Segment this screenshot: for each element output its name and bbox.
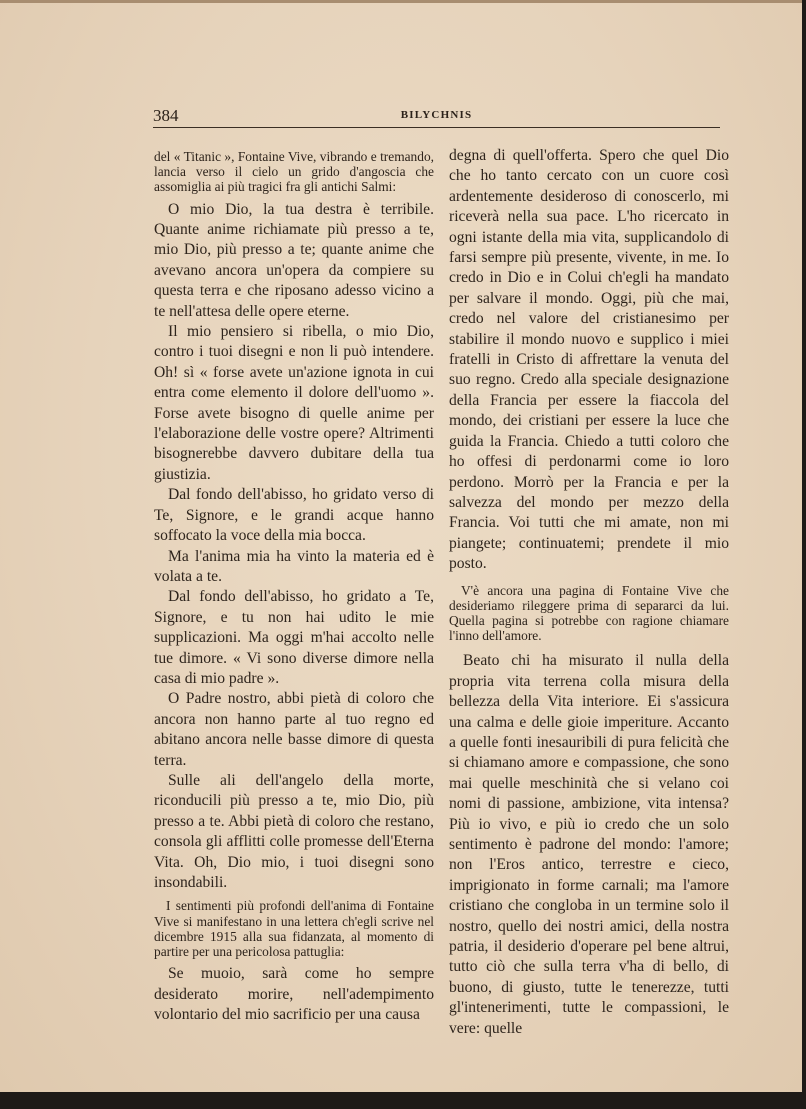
prayer-paragraph: Sulle ali dell'angelo della morte, ricon…	[154, 771, 434, 893]
prayer-paragraph: O mio Dio, la tua destra è terribile. Qu…	[154, 200, 434, 322]
editorial-note: V'è ancora una pagina di Fontaine Vive c…	[449, 583, 729, 644]
letter-text: Se muoio, sarà come ho sempre desiderato…	[154, 964, 434, 1025]
prayer-paragraph: Ma l'anima mia ha vinto la materia ed è …	[154, 547, 434, 588]
book-page: 384 BILYCHNIS del « Titanic », Fontaine …	[0, 0, 802, 1092]
prayer-paragraph: O Padre nostro, abbi pietà di coloro che…	[154, 689, 434, 771]
running-title: BILYCHNIS	[153, 109, 720, 121]
right-column: degna di quell'offerta. Spero che quel D…	[449, 146, 729, 1039]
intro-text: del « Titanic », Fontaine Vive, vibrando…	[154, 149, 434, 195]
letter-text-continued: degna di quell'offerta. Spero che quel D…	[449, 146, 729, 575]
header-rule	[153, 127, 720, 128]
prayer-paragraph: Dal fondo dell'abisso, ho gridato a Te, …	[154, 587, 434, 689]
prayer-paragraph: Dal fondo dell'abisso, ho gridato verso …	[154, 485, 434, 546]
prayer-paragraph: Il mio pensiero si ribella, o mio Dio, c…	[154, 322, 434, 485]
hymn-of-love-text: Beato chi ha misurato il nulla della pro…	[449, 651, 729, 1039]
page-header: 384 BILYCHNIS	[153, 106, 720, 128]
left-column: del « Titanic », Fontaine Vive, vibrando…	[154, 149, 434, 1025]
editorial-note: I sentimenti più profondi dell'anima di …	[154, 898, 434, 959]
